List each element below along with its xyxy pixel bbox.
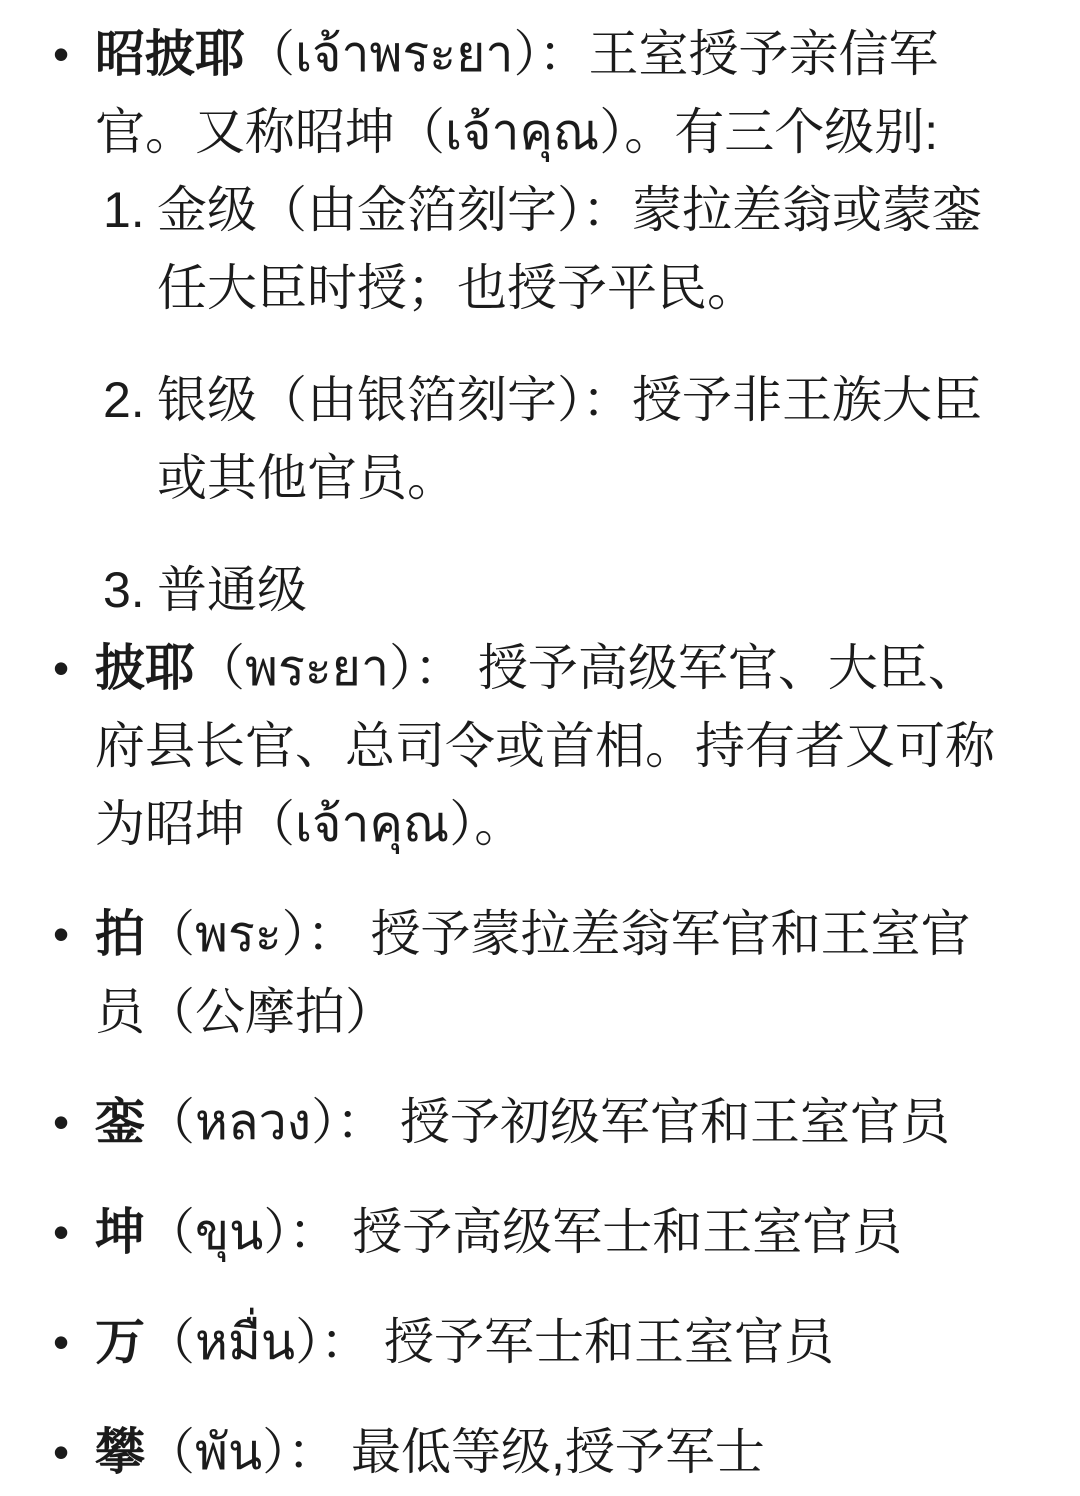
list-item-phraya: • 披耶（พระยา）： 授予高级军官、大臣、府县长官、总司令或首相。持有者又可… xyxy=(95,629,1015,863)
term-description: （พระ）： 授予蒙拉差翁军官和王室官员（公摩拍） xyxy=(95,906,971,1040)
list-item-muen: • 万（หมื่น）： 授予军士和王室官员 xyxy=(95,1303,1015,1381)
sublist-item-text: 普通级 xyxy=(157,562,307,618)
list-number: 1. xyxy=(103,171,145,249)
list-item-chao-phraya: • 昭披耶（เจ้าพระยา）：王室授予亲信军官。又称昭坤（เจ้าคุณ）。… xyxy=(95,15,1015,629)
sublist-item-silver: 2. 银级（由银箔刻字）：授予非王族大臣或其他官员。 xyxy=(95,361,1015,517)
list-number: 2. xyxy=(103,361,145,439)
grade-sublist: 1. 金级（由金箔刻字）：蒙拉差翁或蒙銮任大臣时授；也授予平民。 2. 银级（由… xyxy=(95,171,1015,629)
sublist-item-ordinary: 3. 普通级 xyxy=(95,551,1015,629)
term-description: （หลวง）： 授予初级军官和王室官员 xyxy=(145,1094,950,1150)
sublist-item-text: 银级（由银箔刻字）：授予非王族大臣或其他官员。 xyxy=(157,372,982,506)
list-item-khun: • 坤（ขุน）： 授予高级军士和王室官员 xyxy=(95,1193,1015,1271)
bullet-icon: • xyxy=(53,1193,69,1271)
bullet-icon: • xyxy=(53,1083,69,1161)
term-label: 攀 xyxy=(95,1424,145,1480)
rank-list: • 昭披耶（เจ้าพระยา）：王室授予亲信军官。又称昭坤（เจ้าคุณ）。… xyxy=(95,15,1040,1491)
term-description: （พัน）： 最低等级,授予军士 xyxy=(145,1424,765,1480)
sublist-item-text: 金级（由金箔刻字）：蒙拉差翁或蒙銮任大臣时授；也授予平民。 xyxy=(157,182,982,316)
term-description: （พระยา）： 授予高级军官、大臣、府县长官、总司令或首相。持有者又可称为昭坤… xyxy=(95,640,995,852)
term-label: 万 xyxy=(95,1314,145,1370)
term-label: 拍 xyxy=(95,906,145,962)
bullet-icon: • xyxy=(53,629,69,707)
term-label: 坤 xyxy=(95,1204,145,1260)
list-item-phra: • 拍（พระ）： 授予蒙拉差翁军官和王室官员（公摩拍） xyxy=(95,895,1015,1051)
list-item-luang: • 銮（หลวง）： 授予初级军官和王室官员 xyxy=(95,1083,1015,1161)
term-label: 披耶 xyxy=(95,640,195,696)
bullet-icon: • xyxy=(53,15,69,93)
term-description: （ขุน）： 授予高级军士和王室官员 xyxy=(145,1204,902,1260)
sublist-item-gold: 1. 金级（由金箔刻字）：蒙拉差翁或蒙銮任大臣时授；也授予平民。 xyxy=(95,171,1015,327)
term-label: 昭披耶 xyxy=(95,26,245,82)
document-page: • 昭披耶（เจ้าพระยา）：王室授予亲信军官。又称昭坤（เจ้าคุณ）。… xyxy=(0,0,1080,1496)
list-item-phan: • 攀（พัน）： 最低等级,授予军士 xyxy=(95,1413,1015,1491)
bullet-icon: • xyxy=(53,1303,69,1381)
bullet-icon: • xyxy=(53,1413,69,1491)
bullet-icon: • xyxy=(53,895,69,973)
term-label: 銮 xyxy=(95,1094,145,1150)
list-number: 3. xyxy=(103,551,145,629)
term-description: （หมื่น）： 授予军士和王室官员 xyxy=(145,1314,834,1370)
